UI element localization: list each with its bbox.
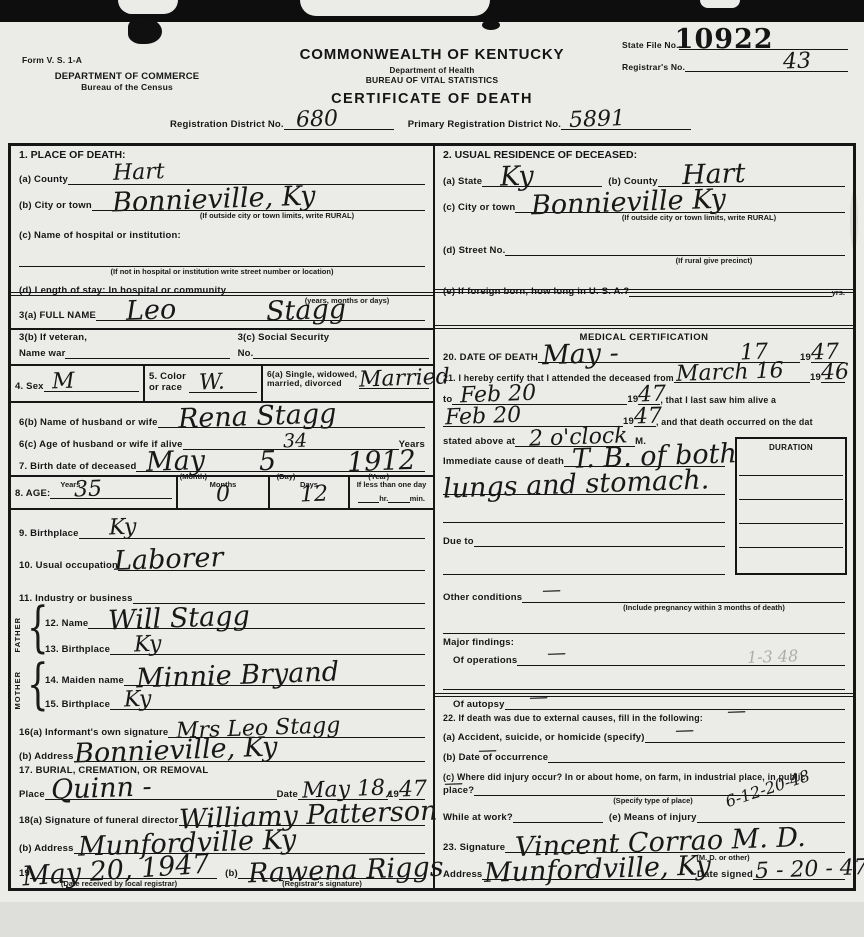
city-label: (b) City or town	[19, 200, 92, 211]
last-year-prefix: 19	[623, 416, 634, 427]
birth-month-field: May	[136, 460, 232, 472]
injury-where-label: (c) Where did injury occur? In or about …	[443, 771, 845, 784]
age-years-caption: Years	[60, 480, 80, 489]
section-occupation: 10. Usual occupation Laborer	[11, 544, 433, 576]
physician-addr-label: Address	[443, 869, 482, 880]
father-birthplace-value: Ky	[134, 634, 162, 657]
birth-date-label: 7. Birth date of deceased	[19, 461, 136, 472]
reg-district-number: 680	[295, 108, 338, 131]
age-months-caption: Months	[182, 480, 264, 489]
cause-field-3	[443, 511, 725, 523]
right-column: 2. USUAL RESIDENCE OF DECEASED: (a) Stat…	[435, 146, 853, 888]
burial-date-label: Date	[277, 789, 298, 800]
burial-heading: 17. BURIAL, CREMATION, OR REMOVAL	[19, 765, 425, 776]
occupation-field: Laborer	[118, 559, 425, 571]
to-year-field: 47	[638, 393, 660, 405]
county-field: Hart	[68, 173, 425, 185]
age-min-label: min.	[410, 494, 425, 503]
dod-label: 20. DATE OF DEATH	[443, 352, 538, 363]
industry-field	[133, 592, 425, 604]
accident-dash: —	[674, 721, 694, 741]
registrar-sig-caption: (Registrar's signature)	[219, 879, 425, 888]
due-to-field-2	[443, 563, 725, 575]
duration-box: DURATION	[735, 437, 847, 575]
title-block: COMMONWEALTH OF KENTUCKY Department of H…	[262, 46, 602, 107]
section-birthplace: 9. Birthplace Ky	[11, 510, 433, 544]
section-mother: MOTHER { 14. Maiden name Minnie Bryand 1…	[11, 663, 433, 717]
spouse-age-suffix: Years	[399, 439, 425, 450]
scan-artifact	[0, 902, 864, 937]
to-date-value: Feb 20	[460, 383, 537, 408]
full-name-last: Stagg	[266, 296, 347, 326]
occurrence-label: (b) Date of occurrence	[443, 752, 548, 763]
residence-city-label: (c) City or town	[443, 202, 515, 213]
other-conditions-caption: (Include pregnancy within 3 months of de…	[563, 603, 845, 612]
mother-side-label: MOTHER	[13, 671, 22, 710]
burial-place-label: Place	[19, 789, 45, 800]
age-hr-field	[358, 491, 379, 503]
section-spouse-birth: 6(b) Name of husband or wife Rena Stagg …	[11, 403, 433, 477]
burial-place-field: Quinn -	[45, 788, 277, 800]
mother-brace: {	[27, 653, 49, 717]
place-of-death-heading: 1. PLACE OF DEATH:	[19, 149, 425, 161]
mother-birthplace-label: 15. Birthplace	[45, 699, 110, 710]
burial-place-value: Quinn -	[50, 773, 152, 803]
section-veteran-ss: 3(b) If veteran, Name war 3(c) Social Se…	[11, 330, 433, 365]
primary-district-number: 5891	[569, 108, 626, 132]
section-residence: 2. USUAL RESIDENCE OF DECEASED: (a) Stat…	[435, 146, 853, 293]
section-age: 8. AGE: Years 35 Months 0 Days	[11, 477, 433, 510]
birth-year-field: 1912	[329, 460, 425, 472]
birth-month-value: May	[146, 447, 206, 476]
primary-district-label: Primary Registration District No.	[408, 119, 561, 130]
birthplace-field: Ky	[79, 527, 425, 539]
spouse-age-field: 34	[183, 438, 399, 450]
residence-state-label: (a) State	[443, 176, 482, 187]
age-label: 8. AGE:	[15, 488, 50, 499]
scan-artifact	[300, 0, 490, 16]
dept-health: Department of Health	[262, 66, 602, 75]
registrar-b-label: (b)	[225, 868, 238, 879]
informant-sig-field: Mrs Leo Stagg	[168, 726, 425, 738]
father-birthplace-field: Ky	[110, 643, 425, 655]
section-sex-race-marital: 4. Sex M 5. Color or race W.	[11, 366, 433, 403]
section-funeral-director: 18(a) Signature of funeral director Will…	[11, 803, 433, 854]
injury-where-caption: (Specify type of place)	[573, 796, 733, 805]
duration-line	[739, 524, 843, 548]
certify-from-year-field: 46	[821, 371, 845, 383]
veteran-label: 3(b) If veteran,	[19, 332, 230, 343]
registrar-year-prefix: 19	[19, 868, 30, 879]
other-conditions-dash: —	[542, 581, 562, 601]
means-of-injury-label: (e) Means of injury	[609, 812, 697, 823]
full-name-label: 3(a) FULL NAME	[19, 310, 96, 321]
duration-line	[739, 476, 843, 500]
external-dash: —	[727, 702, 747, 722]
residence-county-label: (b) County	[608, 176, 658, 187]
physician-sig-label: 23. Signature	[443, 842, 505, 853]
bureau-census: Bureau of the Census	[22, 82, 232, 92]
spouse-age-value: 34	[282, 431, 307, 451]
section-father: FATHER { 12. Name Will Stagg 13. Birthpl…	[11, 606, 433, 663]
other-conditions-label: Other conditions	[443, 592, 522, 603]
residence-county-value: Hart	[681, 160, 745, 189]
county-label: (a) County	[19, 174, 68, 185]
hour-value: 2 o'clock	[529, 425, 628, 450]
duration-line	[739, 500, 843, 524]
residence-state-field: Ky	[482, 175, 602, 187]
burial-year-prefix: 19	[388, 789, 399, 800]
last-year-field: 47	[634, 415, 656, 427]
date-signed-field: 5 - 20 - 47	[753, 868, 845, 880]
duration-line	[739, 452, 843, 476]
dod-month-value: May -	[541, 340, 619, 370]
mother-name-field: Minnie Bryand	[124, 674, 425, 686]
to-label: to	[443, 394, 452, 405]
mother-name-value: Minnie Bryand	[136, 658, 340, 692]
marital-label: 6(a) Single, widowed, married, divorced	[267, 370, 359, 390]
scan-artifact	[118, 0, 178, 14]
spouse-name-field: Rena Stagg	[158, 416, 425, 428]
father-brace: {	[27, 596, 49, 660]
hospital-label: (c) Name of hospital or institution:	[19, 230, 425, 241]
date-signed-label: Date signed	[697, 869, 753, 880]
section-burial: 17. BURIAL, CREMATION, OR REMOVAL Place …	[11, 762, 433, 803]
full-name-field: Leo Stagg	[96, 309, 425, 321]
birthplace-label: 9. Birthplace	[19, 528, 79, 539]
mother-birthplace-value: Ky	[124, 688, 152, 711]
scan-artifact	[482, 20, 500, 30]
to-date-field: Feb 20	[452, 393, 627, 405]
alive-suffix: , that I last saw him alive a	[660, 395, 776, 405]
spouse-name-label: 6(b) Name of husband or wife	[19, 417, 158, 428]
blank-gap	[435, 293, 853, 329]
certify-from-year-prefix: 19	[810, 372, 821, 383]
sex-value: M	[51, 370, 74, 393]
file-number-block: State File No. 10922 Registrar's No. 43	[622, 40, 848, 72]
veteran-war-field	[65, 347, 229, 359]
to-year-prefix: 19	[627, 394, 638, 405]
occurred-suffix: , and that death occurred on the dat	[656, 417, 813, 427]
injury-where-field: — 6-12-20-48	[474, 784, 845, 796]
registrar-number: 43	[783, 51, 812, 74]
father-side-label: FATHER	[13, 617, 22, 652]
ss-no-label: No.	[238, 348, 254, 359]
father-name-field: Will Stagg	[88, 617, 425, 629]
duration-label: DURATION	[737, 443, 845, 452]
section-local-registrar: 19 May 20, 1947 (b) Rawena Riggs (Date r…	[11, 854, 433, 888]
marital-field: Married	[359, 377, 429, 389]
certify-from-value: March 16	[675, 360, 783, 386]
major-findings-label: Major findings:	[443, 637, 845, 648]
mother-name-label: 14. Maiden name	[45, 675, 124, 686]
dod-year-value: 47	[811, 342, 840, 365]
race-label: 5. Color or race	[149, 372, 189, 394]
informant-sig-value: Mrs Leo Stagg	[176, 715, 341, 743]
physician-addr-field: Munfordville, Ky	[482, 868, 697, 880]
sex-label: 4. Sex	[15, 381, 44, 392]
occupation-label: 10. Usual occupation	[19, 560, 118, 571]
race-field: W.	[189, 381, 257, 393]
birth-day-field: 5	[233, 460, 329, 472]
section-informant: 16(a) Informant's own signature Mrs Leo …	[11, 717, 433, 762]
state-file-number: 10922	[675, 24, 774, 55]
registrar-no-label: Registrar's No.	[622, 62, 685, 72]
certify-label: 21. I hereby certify that I attended the…	[443, 373, 674, 383]
m-label: M.	[635, 436, 646, 447]
burial-year-field: 47	[399, 788, 425, 800]
informant-sig-label: 16(a) Informant's own signature	[19, 727, 168, 738]
spouse-name-value: Rena Stagg	[177, 400, 336, 433]
external-heading: 22. If death was due to external causes,…	[443, 713, 703, 723]
occurrence-field: —	[548, 751, 845, 763]
operations-rule	[443, 678, 845, 690]
accident-label: (a) Accident, suicide, or homicide (spec…	[443, 732, 645, 743]
father-birthplace-label: 13. Birthplace	[45, 644, 110, 655]
burial-date-value: May 18,	[302, 777, 393, 802]
city-field: Bonnieville, Ky	[92, 199, 425, 211]
dod-year-field: 47	[811, 351, 845, 363]
spouse-age-label: 6(c) Age of husband or wife if alive	[19, 439, 183, 450]
department-name: DEPARTMENT OF COMMERCE	[22, 71, 232, 82]
age-days-caption: Days	[274, 480, 344, 489]
informant-addr-label: (b) Address	[19, 751, 74, 762]
city-caption: (If outside city or town limits, write R…	[129, 211, 425, 220]
registration-district-row: Registration District No. 680 Primary Re…	[170, 118, 730, 130]
while-at-work-field	[513, 811, 603, 823]
informant-addr-field: Bonnieville, Ky	[74, 750, 425, 762]
father-name-label: 12. Name	[45, 618, 88, 629]
funeral-sig-value: Williamy Patterson	[178, 797, 437, 833]
certificate-body: 1. PLACE OF DEATH: (a) County Hart (b) C…	[8, 143, 856, 891]
left-column: 1. PLACE OF DEATH: (a) County Hart (b) C…	[11, 146, 435, 888]
veteran-war-label: Name war	[19, 348, 65, 359]
birthplace-value: Ky	[108, 517, 136, 540]
dod-day-value: 17	[740, 342, 769, 365]
residence-state-value: Ky	[500, 162, 535, 190]
form-number: Form V. S. 1-A	[22, 55, 232, 65]
reg-district-label: Registration District No.	[170, 119, 284, 130]
burial-date-field: May 18,	[298, 788, 388, 800]
age-min-field	[388, 491, 409, 503]
scan-artifact	[700, 0, 740, 8]
section-physician: 23. Signature Vincent Corrao M. D. (M. D…	[435, 830, 853, 888]
bureau-vital: BUREAU OF VITAL STATISTICS	[262, 75, 602, 85]
last-date-field: Feb 20	[443, 415, 623, 427]
hour-field: 2 o'clock	[515, 435, 635, 447]
residence-city-field: Bonnieville Ky	[515, 201, 845, 213]
cause-field-1: T. B. of both	[564, 455, 725, 467]
injury-where-label2: place?	[443, 785, 474, 796]
section-full-name: 3(a) FULL NAME Leo Stagg	[11, 296, 433, 330]
funeral-sig-field: Williamy Patterson	[179, 814, 425, 826]
operations-field: — 1-3 48	[517, 654, 845, 666]
residence-county-field: Hart	[658, 175, 845, 187]
operations-pencil-note: 1-3 48	[747, 648, 799, 666]
registrar-sig-field: Rawena Riggs	[238, 867, 425, 879]
funeral-addr-label: (b) Address	[19, 843, 74, 854]
findings-rule	[443, 622, 845, 634]
last-date-value: Feb 20	[445, 405, 522, 430]
full-name-first: Leo	[126, 296, 177, 325]
ss-label: 3(c) Social Security	[238, 332, 429, 343]
birth-day-value: 5	[258, 448, 276, 476]
state-file-label: State File No.	[622, 40, 679, 50]
cause-label: Immediate cause of death	[443, 456, 564, 467]
registrar-date-caption: (Date received by local registrar)	[19, 879, 219, 888]
dod-year-prefix: 19	[800, 352, 811, 363]
dod-day-field: 17	[720, 351, 800, 363]
ss-no-field	[253, 347, 429, 359]
other-conditions-field: —	[522, 591, 845, 603]
physician-sig-caption: (M. D. or other)	[663, 853, 783, 862]
certify-from-field: March 16	[674, 371, 810, 383]
street-label: (d) Street No.	[443, 245, 505, 256]
funeral-addr-field: Munfordville Ky	[74, 842, 425, 854]
mother-birthplace-field: Ky	[110, 698, 425, 710]
section-medical-certification: MEDICAL CERTIFICATION 20. DATE OF DEATH …	[435, 329, 853, 697]
hospital-caption: (If not in hospital or institution write…	[19, 267, 425, 276]
medical-heading: MEDICAL CERTIFICATION	[443, 332, 845, 343]
certificate-title: CERTIFICATE OF DEATH	[262, 91, 602, 107]
cause-field-2: lungs and stomach.	[443, 483, 725, 495]
death-certificate-scan: Form V. S. 1-A DEPARTMENT OF COMMERCE Bu…	[0, 0, 864, 937]
sex-field: M	[44, 380, 139, 392]
county-value: Hart	[113, 161, 165, 185]
section-external-causes: 22. If death was due to external causes,…	[435, 697, 853, 830]
means-of-injury-field	[697, 811, 845, 823]
section-place-of-death: 1. PLACE OF DEATH: (a) County Hart (b) C…	[11, 146, 433, 296]
birth-year-value: 1912	[346, 447, 416, 476]
street-caption: (If rural give precinct)	[583, 256, 845, 265]
dod-month-field: May -	[538, 351, 720, 363]
section-industry: 11. Industry or business	[11, 577, 433, 606]
commonwealth-title: COMMONWEALTH OF KENTUCKY	[262, 46, 602, 63]
operations-label: Of operations	[453, 655, 517, 666]
age-hr-label: hr.	[379, 494, 388, 503]
while-at-work-label: While at work?	[443, 812, 513, 823]
stated-label: stated above at	[443, 436, 515, 447]
certify-from-year-value: 46	[821, 362, 850, 385]
residence-heading: 2. USUAL RESIDENCE OF DECEASED:	[443, 149, 845, 161]
registrar-date-field: May 20, 1947	[30, 867, 217, 879]
burial-year-value: 47	[399, 778, 428, 801]
occupation-value: Laborer	[114, 544, 224, 575]
cause-value-2: lungs and stomach.	[443, 466, 710, 502]
street-field	[505, 244, 845, 256]
accident-field: —	[645, 731, 845, 743]
stay-field	[226, 284, 425, 296]
form-identity-block: Form V. S. 1-A DEPARTMENT OF COMMERCE Bu…	[22, 55, 232, 92]
hospital-field	[19, 255, 425, 267]
age-years-field: Years 35	[50, 487, 172, 499]
physician-sig-field: Vincent Corrao M. D.	[505, 841, 845, 853]
father-name-value: Will Stagg	[108, 603, 251, 635]
funeral-sig-label: 18(a) Signature of funeral director	[19, 815, 179, 826]
residence-city-caption: (If outside city or town limits, write R…	[553, 213, 845, 222]
race-value: W.	[199, 372, 226, 395]
scanner-edge-band	[0, 0, 864, 22]
age-less-caption: If less than one day	[354, 480, 429, 489]
stay-label: (d) Length of stay: In hospital or commu…	[19, 285, 226, 296]
scan-artifact	[128, 18, 162, 44]
due-to-field	[474, 535, 725, 547]
due-to-label: Due to	[443, 536, 474, 547]
